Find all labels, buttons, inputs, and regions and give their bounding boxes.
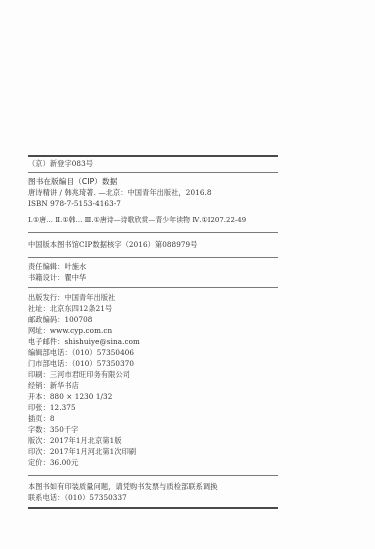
address: 社址：北京东四12条21号 <box>28 304 112 314</box>
divider-top <box>28 155 278 157</box>
copyright-page: （京）新登字083号 图书在版编目（CIP）数据 唐诗精讲 / 韩兆琦著. —北… <box>0 0 375 549</box>
cip-title-line: 唐诗精讲 / 韩兆琦著. —北京：中国青年出版社，2016.8 <box>28 188 212 198</box>
website: 网址：www.cyp.com.cn <box>28 326 112 336</box>
printing: 印次：2017年1月河北第1次印刷 <box>28 447 136 457</box>
word-count: 字数：350千字 <box>28 425 78 435</box>
divider-cip <box>28 232 278 233</box>
sheets: 印张：12.375 <box>28 403 76 413</box>
divider-bottom <box>28 507 278 509</box>
divider-record <box>28 257 278 258</box>
inserts: 插页：8 <box>28 414 55 424</box>
distributor: 经销：新华书店 <box>28 381 79 391</box>
cip-record: 中国版本图书馆CIP数据核字（2016）第088979号 <box>28 240 198 250</box>
publishing-permit: （京）新登字083号 <box>28 159 93 169</box>
divider-staff <box>28 287 278 288</box>
publisher: 出版发行：中国青年出版社 <box>28 293 115 303</box>
price: 定价：36.00元 <box>28 458 78 468</box>
format: 开本：880 × 1230 1/32 <box>28 392 112 402</box>
divider-permit <box>28 172 278 173</box>
cip-isbn: ISBN 978-7-5153-4163-7 <box>28 199 121 209</box>
contact-phone: 联系电话：（010）57350337 <box>28 493 127 503</box>
printer: 印刷：三河市君旺印务有限公司 <box>28 370 130 380</box>
divider-publication <box>28 475 278 476</box>
responsible-editor: 责任编辑：叶施水 <box>28 262 86 272</box>
email: 电子邮件：shishuiye@sina.com <box>28 337 140 347</box>
quality-notice: 本图书如有印装质量问题，请凭购书发票与质检部联系调换 <box>28 482 217 492</box>
edition: 版次：2017年1月北京第1版 <box>28 436 122 446</box>
retail-phone: 门市部电话：（010）57350370 <box>28 359 134 369</box>
book-designer: 书籍设计：瞿中华 <box>28 273 86 283</box>
cip-classification: Ⅰ.①唐… Ⅱ.①韩… Ⅲ.①唐诗—诗歌欣赏—青少年读物 Ⅳ.①I207.22-… <box>28 215 246 225</box>
cip-heading: 图书在版编目（CIP）数据 <box>28 177 117 187</box>
editorial-phone: 编辑部电话：（010）57350406 <box>28 348 134 358</box>
postcode: 邮政编码：100708 <box>28 315 92 325</box>
